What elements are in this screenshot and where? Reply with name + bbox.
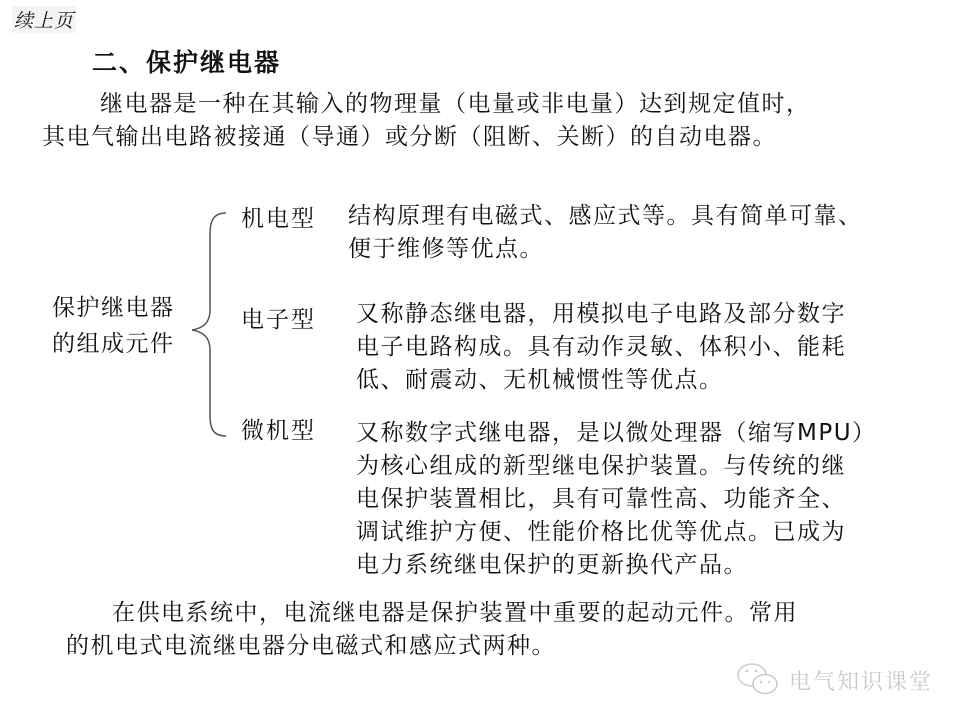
description-line: 结构原理有电磁式、感应式等。具有简单可靠、: [348, 200, 863, 233]
intro-line-2: 其电气输出电路被接通（导通）或分断（阻断、关断）的自动电器。: [42, 121, 777, 154]
type-description-electronic: 又称静态继电器，用模拟电子电路及部分数字 电子电路构成。具有动作灵敏、体积小、能…: [356, 298, 846, 397]
continued-label: 续上页: [12, 6, 76, 33]
intro-line-1: 继电器是一种在其输入的物理量（电量或非电量）达到规定值时，: [100, 88, 811, 121]
group-label-line-1: 保护继电器: [52, 290, 175, 326]
wechat-icon: [735, 660, 781, 700]
group-label: 保护继电器 的组成元件: [52, 290, 175, 362]
type-description-electromechanical: 结构原理有电磁式、感应式等。具有简单可靠、 便于维修等优点。: [348, 200, 863, 266]
type-label-microcomputer: 微机型: [241, 412, 316, 445]
group-label-line-2: 的组成元件: [52, 326, 175, 362]
description-line: 低、耐震动、无机械惯性等优点。: [356, 364, 846, 397]
description-line: 电力系统继电保护的更新换代产品。: [356, 549, 877, 582]
type-description-microcomputer: 又称数字式继电器，是以微处理器（缩写MPU） 为核心组成的新型继电保护装置。与传…: [356, 417, 877, 582]
watermark-text: 电气知识课堂: [789, 665, 933, 696]
description-line: 为核心组成的新型继电保护装置。与传统的继: [356, 450, 877, 483]
closing-line-2: 的机电式电流继电器分电磁式和感应式两种。: [66, 630, 556, 663]
type-label-electromechanical: 机电型: [241, 200, 316, 233]
description-line: 电子电路构成。具有动作灵敏、体积小、能耗: [356, 331, 846, 364]
closing-line-1: 在供电系统中，电流继电器是保护装置中重要的起动元件。常用: [112, 597, 798, 630]
type-label-electronic: 电子型: [241, 301, 316, 334]
description-line: 又称静态继电器，用模拟电子电路及部分数字: [356, 298, 846, 331]
watermark: 电气知识课堂: [735, 660, 933, 700]
description-line: 调试维护方便、性能价格比优等优点。已成为: [356, 516, 877, 549]
description-line: 又称数字式继电器，是以微处理器（缩写MPU）: [356, 417, 877, 450]
description-line: 便于维修等优点。: [348, 233, 863, 266]
description-line: 电保护装置相比，具有可靠性高、功能齐全、: [356, 483, 877, 516]
section-title: 二、保护继电器: [92, 43, 281, 79]
curly-brace: [188, 210, 228, 440]
